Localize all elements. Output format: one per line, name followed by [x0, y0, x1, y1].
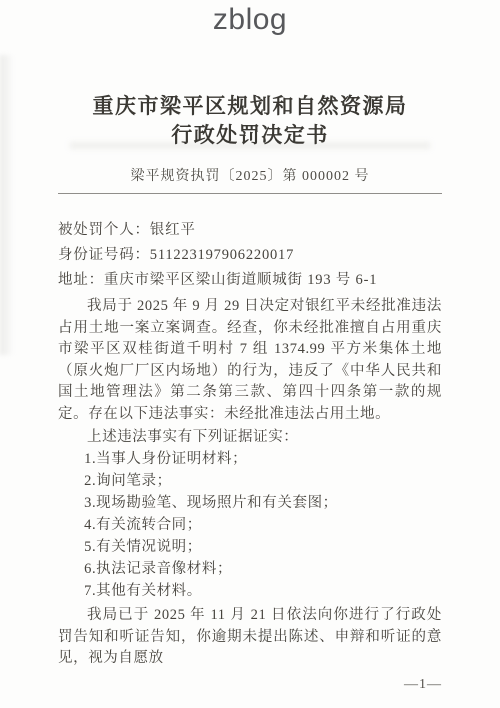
- page: { "site": { "logo": "zblog" }, "colors":…: [0, 0, 500, 708]
- site-logo[interactable]: zblog: [213, 2, 287, 38]
- party-info-section: 被处罚个人：银红平 身份证号码：511223197906220017 地址：重庆…: [58, 218, 442, 293]
- id-number-line: 身份证号码：511223197906220017: [58, 243, 442, 268]
- notification-paragraph: 我局已于 2025 年 11 月 21 日依法向你进行了行政处罚告知和听证告知，…: [58, 605, 442, 670]
- site-header: zblog: [0, 0, 500, 42]
- evidence-item-4: 4.有关流转合同；: [58, 514, 442, 536]
- evidence-intro: 上述违法事实有下列证据证实：: [58, 426, 442, 448]
- document-title-line2: 行政处罚决定书: [58, 121, 442, 150]
- document-title: 重庆市梁平区规划和自然资源局 行政处罚决定书: [58, 92, 442, 150]
- case-facts-paragraph: 我局于 2025 年 9 月 29 日决定对银红平未经批准违法占用土地一案立案调…: [58, 296, 442, 425]
- evidence-list: 1.当事人身份证明材料； 2.询问笔录； 3.现场勘验笔、现场照片和有关套图； …: [58, 448, 442, 602]
- document-number: 梁平规资执罚〔2025〕第 000002 号: [58, 167, 442, 187]
- evidence-item-3: 3.现场勘验笔、现场照片和有关套图；: [58, 492, 442, 514]
- page-number: —1—: [58, 677, 442, 693]
- evidence-item-5: 5.有关情况说明；: [58, 536, 442, 558]
- address-line: 地址：重庆市梁平区梁山街道顺城街 193 号 6-1: [58, 268, 442, 293]
- evidence-item-7: 7.其他有关材料。: [58, 580, 442, 602]
- penalized-person-line: 被处罚个人：银红平: [58, 218, 442, 243]
- document-title-line1: 重庆市梁平区规划和自然资源局: [58, 92, 442, 121]
- evidence-item-6: 6.执法记录音像材料；: [58, 558, 442, 580]
- evidence-item-1: 1.当事人身份证明材料；: [58, 448, 442, 470]
- document-scan: 重庆市梁平区规划和自然资源局 行政处罚决定书 梁平规资执罚〔2025〕第 000…: [0, 42, 500, 693]
- evidence-item-2: 2.询问笔录；: [58, 470, 442, 492]
- divider-rule: [58, 193, 442, 194]
